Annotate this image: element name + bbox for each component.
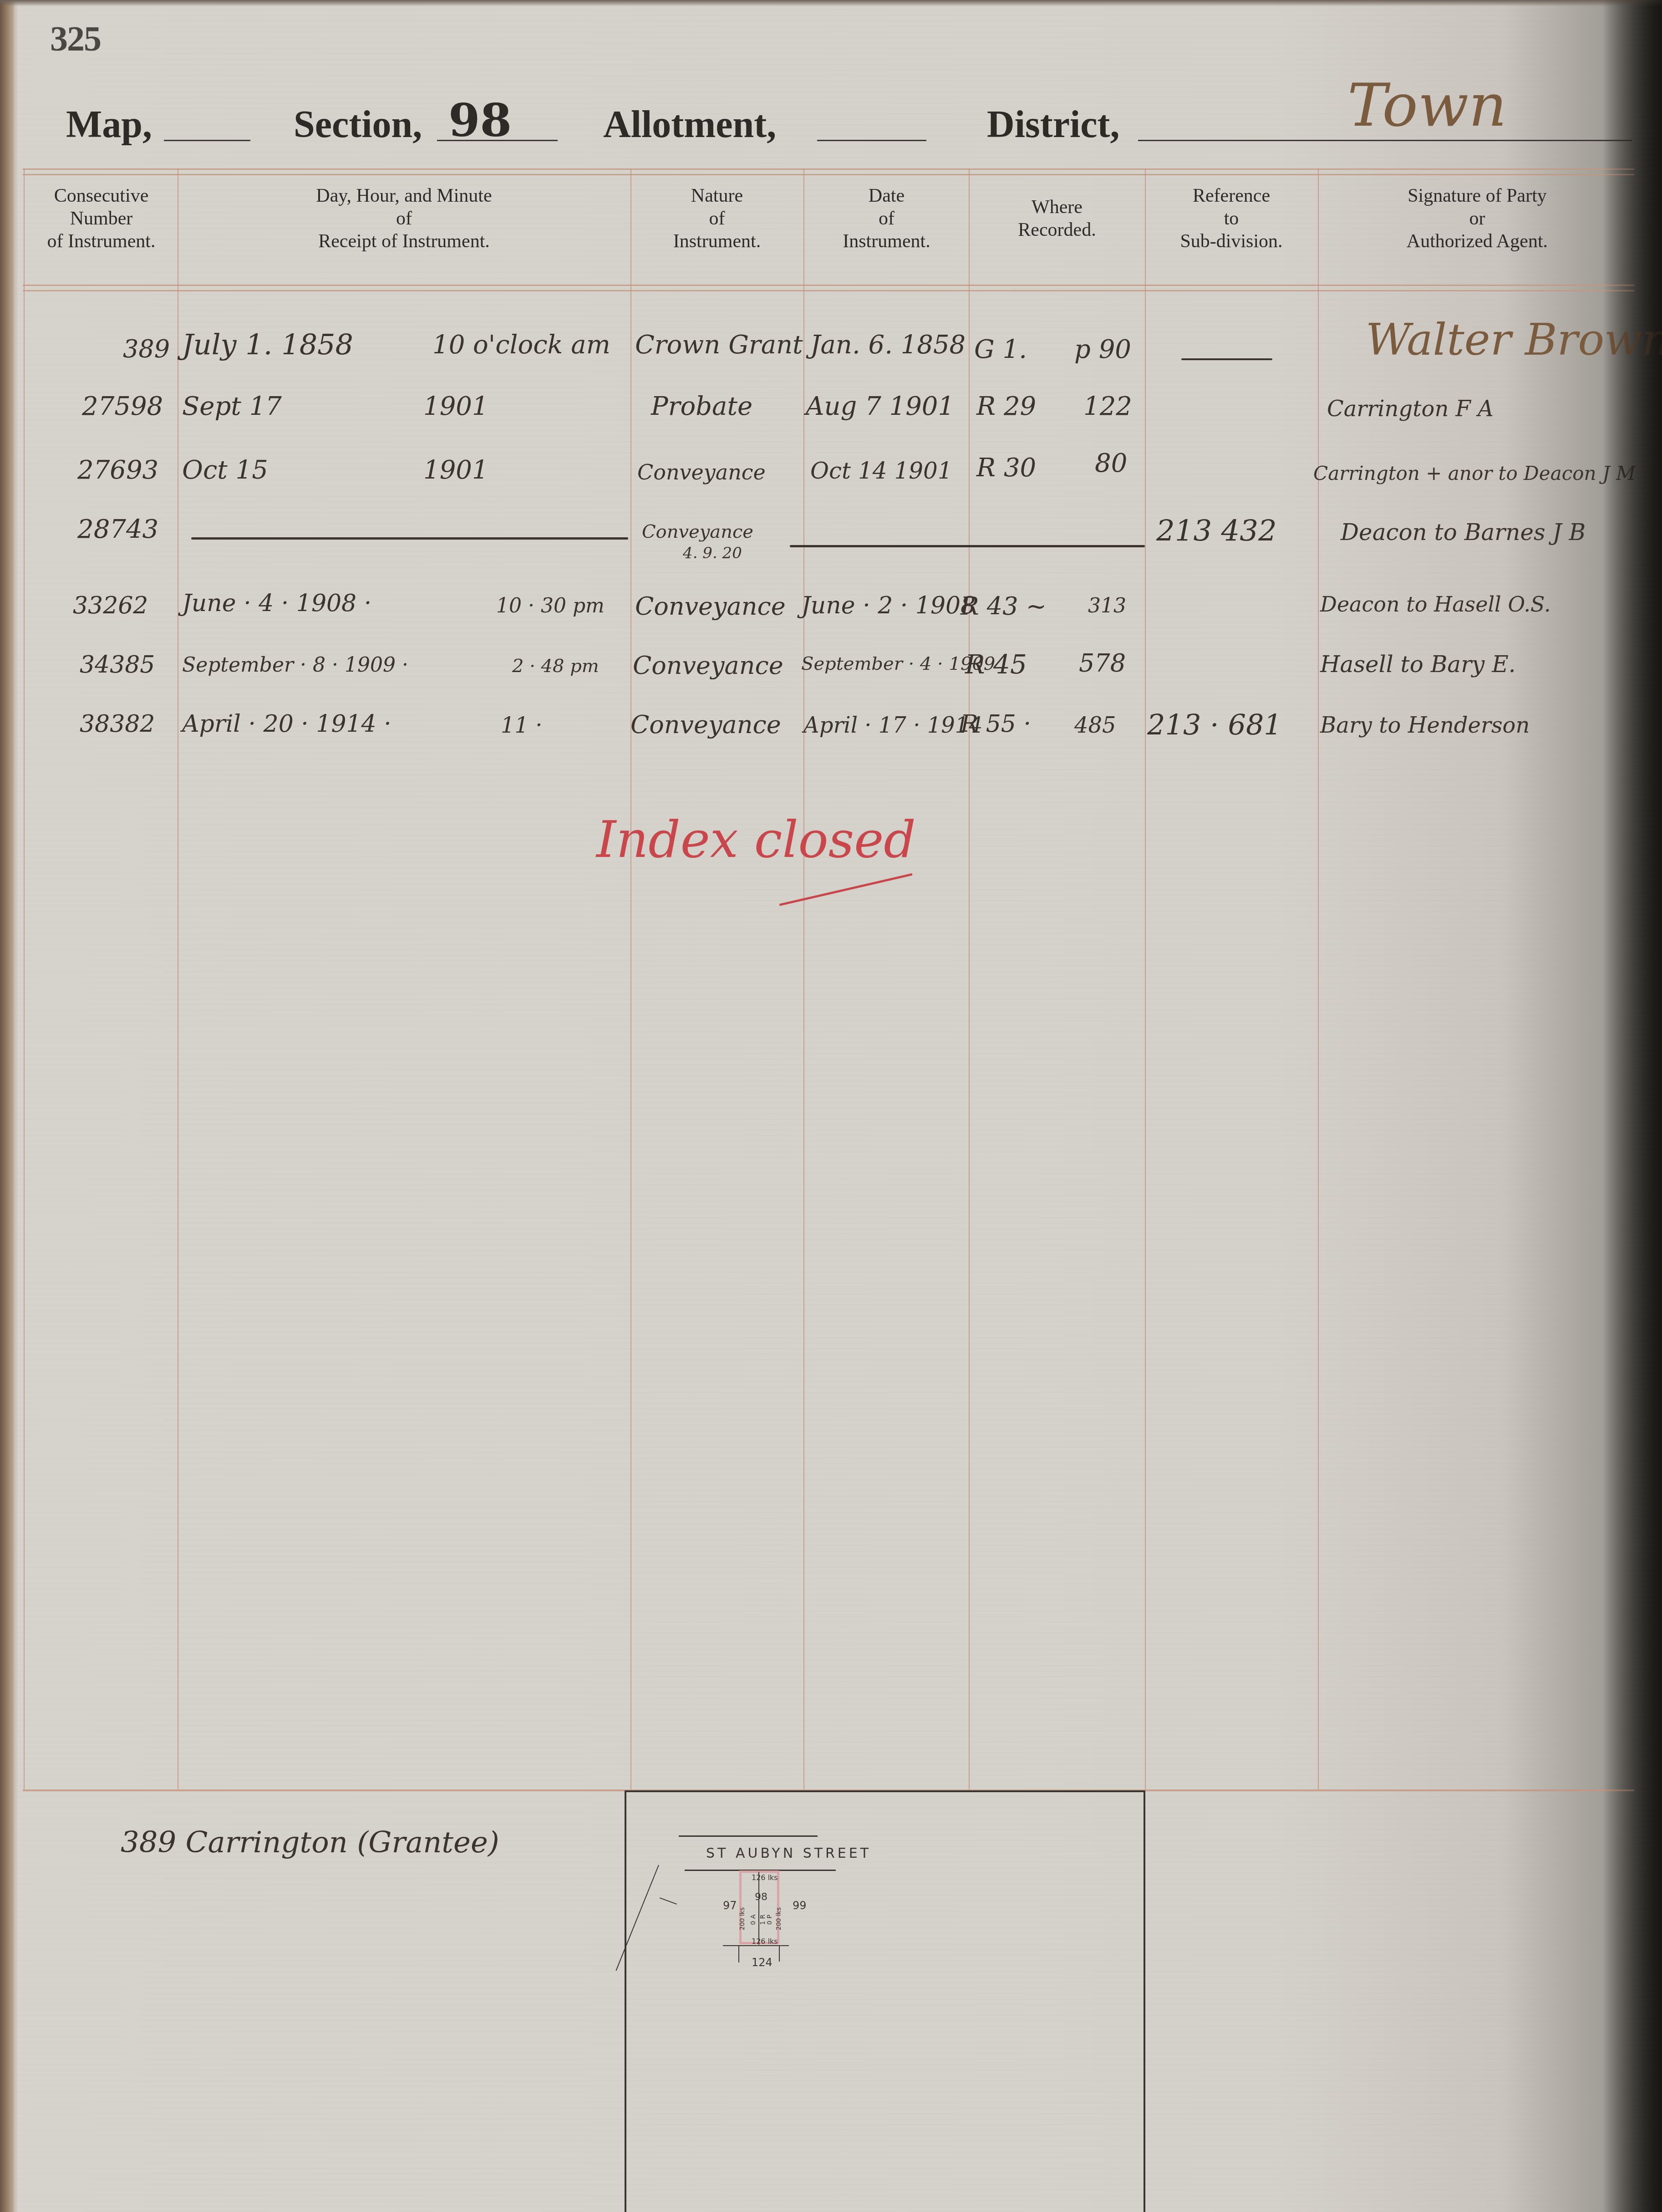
map-label: Map, [66,102,152,147]
lot-number-98: 98 [755,1891,767,1903]
top-shadow [0,0,1662,6]
column-rule [24,168,25,1789]
footer-note: 389 Carrington (Grantee) [121,1826,499,1860]
subdivision-reference: 213 432 [1156,515,1277,548]
area-roods: 1 R [759,1914,767,1925]
receipt-day: April · 20 · 1914 · [182,710,391,738]
lot-number-97: 97 [723,1899,737,1912]
header-top-rule [23,168,1634,175]
signature: Carrington + anor to Deacon J M [1313,462,1636,484]
bottom-dimension: 126 lks [752,1937,778,1946]
top-dimension: 126 lks [752,1873,778,1882]
instrument-number: 389 [123,335,170,363]
annotation-underline [779,873,912,906]
left-dimension: 200 lks [739,1907,746,1930]
instrument-number: 33262 [73,592,148,619]
signature: Deacon to Hasell O.S. [1320,592,1551,617]
instrument-number: 34385 [80,651,155,678]
ledger-page: 325 Map, Section, 98 Allotment, District… [0,0,1662,2212]
map-field-line [164,140,250,141]
column-header-nature: Nature of Instrument. [633,184,801,253]
instrument-date: Jan. 6. 1858 [810,330,966,360]
page-number: 325 [50,18,101,59]
receipt-time: 10 · 30 pm [496,594,605,617]
signature: Bary to Henderson [1320,713,1530,738]
where-book: R 45 [965,649,1027,680]
instrument-date: Oct 14 1901 [810,458,952,484]
street-line-top [679,1835,818,1837]
where-page: 485 [1074,713,1116,738]
column-header-receipt: Day, Hour, and Minute of Receipt of Inst… [180,184,628,253]
where-book: R 30 [976,453,1036,483]
receipt-day: July 1. 1858 [182,328,353,361]
receipt-day: Sept 17 [182,392,282,421]
receipt-time: 1901 [423,392,488,421]
signature: Hasell to Bary E. [1320,651,1516,678]
district-label: District, [987,102,1120,147]
column-rule [1145,168,1146,1789]
receipt-day: June · 4 · 1908 · [182,590,371,617]
receipt-time: 10 o'clock am [432,330,610,360]
plan-sketch: ST AUBYN STREET 126 lks 126 lks 98 97 99… [625,1790,1145,2212]
column-rule [178,168,178,1789]
instrument-date: April · 17 · 1914 [803,713,983,738]
district-value: Town [1347,71,1507,140]
lot-124-boundary [779,1945,780,1962]
instrument-nature: Crown Grant [635,330,803,360]
right-dimension: 200 lks [775,1907,783,1930]
where-page: 80 [1095,449,1127,478]
instrument-nature: Conveyance [633,651,783,680]
column-rule [1318,168,1319,1789]
nature-note: 4. 9. 20 [683,544,742,562]
where-book: G 1. [974,335,1027,364]
north-arrow-icon [615,1865,659,1971]
instrument-number: 27598 [82,392,163,421]
column-header-where: Where Recorded. [971,196,1143,241]
instrument-date: Aug 7 1901 [806,392,954,421]
allotment-field-line [817,140,926,141]
index-closed-annotation: Index closed [596,810,916,869]
where-page: 313 [1088,594,1126,617]
where-book: R 43 ~ [961,592,1047,621]
column-rule [969,168,970,1789]
column-header-date: Date of Instrument. [806,184,967,253]
section-value: 98 [448,93,512,147]
where-page: p 90 [1074,335,1131,364]
page-edge [0,0,14,2212]
reference-dash [1181,358,1272,360]
column-rule [630,168,631,1789]
instrument-nature: Conveyance [642,521,753,542]
section-label: Section, [294,102,422,147]
signature: Deacon to Barnes J B [1341,519,1586,545]
column-header-reference: Reference to Sub-division. [1147,184,1316,253]
north-arrow-crossbar [660,1897,677,1905]
instrument-number: 38382 [80,710,155,738]
receipt-time: 11 · [501,713,543,738]
area-acres: 0 A [750,1915,757,1925]
where-page: 122 [1083,392,1132,421]
receipt-time: 2 · 48 pm [512,656,599,677]
instrument-nature: Conveyance [637,460,766,484]
where-page: 578 [1079,649,1126,678]
district-field-line [1138,140,1632,141]
lot-number-99: 99 [793,1899,807,1912]
title-row: Map, Section, 98 Allotment, District, To… [0,89,1662,153]
header-bottom-rule [23,285,1634,291]
column-rule [803,168,804,1789]
lot-centre-line [758,1872,759,1945]
instrument-number: 28743 [77,515,158,544]
lot-number-124: 124 [752,1956,773,1969]
area-perches: 0 P [766,1915,773,1925]
street-name: ST AUBYN STREET [706,1845,871,1861]
instrument-number: 27693 [77,455,158,485]
where-book: R 55 · [961,710,1031,738]
date-strike-line [790,545,1145,547]
receipt-strike-line [191,537,628,540]
binding-shadow [1603,0,1662,2212]
instrument-date: June · 2 · 1908 [801,592,976,619]
receipt-time: 1901 [423,455,488,485]
instrument-nature: Conveyance [630,710,781,739]
column-header-number: Consecutive Number of Instrument. [27,184,175,253]
lot-124-boundary [738,1945,739,1962]
column-header-signature: Signature of Party or Authorized Agent. [1320,184,1634,253]
receipt-day: Oct 15 [182,455,268,485]
allotment-label: Allotment, [603,102,776,147]
subdivision-reference: 213 · 681 [1147,708,1282,741]
where-book: R 29 [976,392,1036,421]
receipt-day: September · 8 · 1909 · [182,653,408,677]
instrument-nature: Conveyance [635,592,786,621]
instrument-nature: Probate [651,392,752,421]
signature: Carrington F A [1327,396,1494,422]
